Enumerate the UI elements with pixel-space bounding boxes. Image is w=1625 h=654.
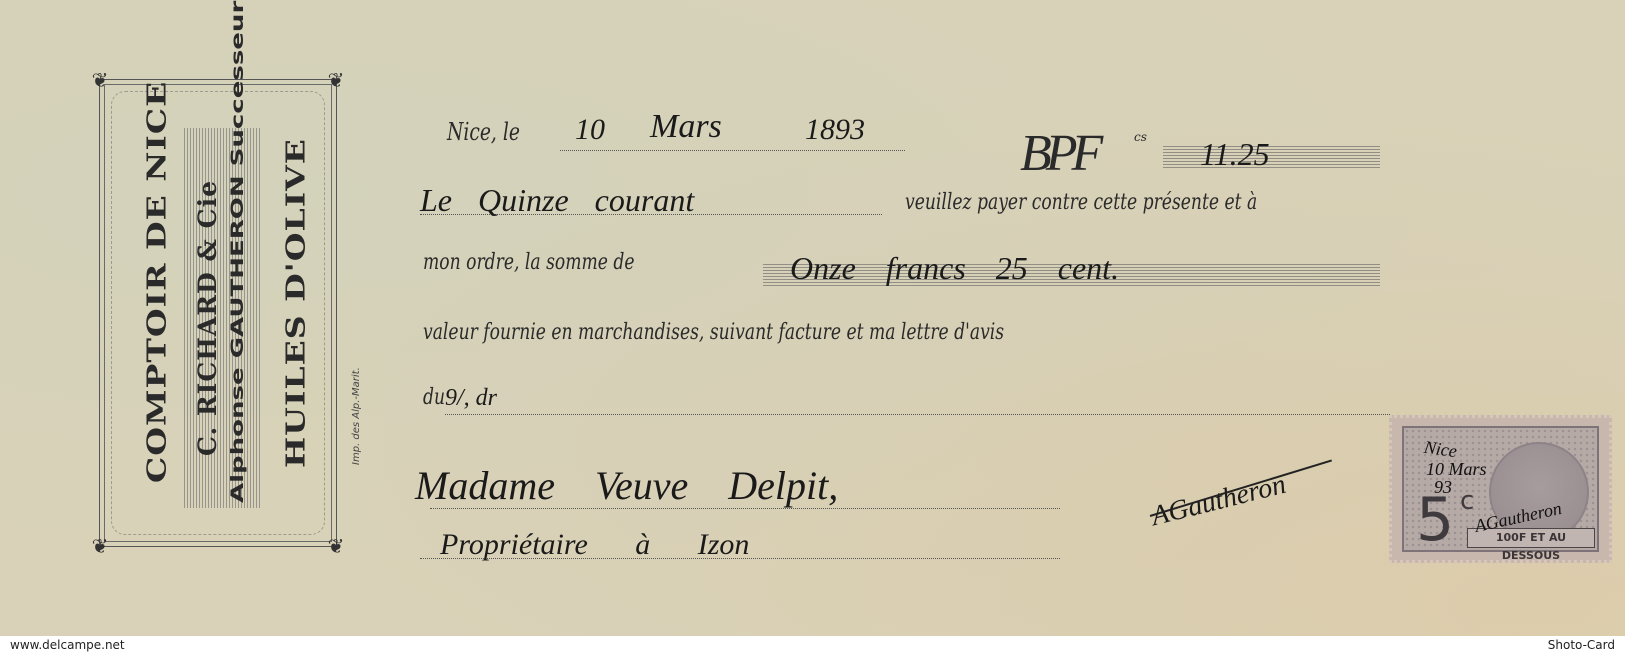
due-date: Le Quinze courant (420, 182, 694, 219)
stamp-cancel-date: 10 Mars (1426, 460, 1487, 478)
date-month: Mars (650, 108, 722, 146)
fleuron-icon: ❦ (325, 535, 347, 557)
addressee-title-place: Propriétaire à Izon (440, 528, 749, 562)
date-day: 10 (575, 113, 605, 147)
date-rule (560, 150, 905, 151)
stamp-engraved-field: 5 c 100F ET AU DESSOUS Nice 10 Mars 93 A… (1402, 426, 1599, 552)
fiscal-stamp: 5 c 100F ET AU DESSOUS Nice 10 Mars 93 A… (1389, 415, 1612, 563)
watermark-right: Shoto-Card (1548, 636, 1615, 654)
fleuron-icon: ❦ (89, 535, 111, 557)
addressee-name: Madame Veuve Delpit, (415, 462, 838, 509)
bpf-francs-abbrev: cs (1134, 130, 1147, 144)
amount-hatched-field (1163, 146, 1380, 168)
letterhead-cartouche: ❦ ❦ ❦ ❦ COMPTOIR DE NICE C. RICHARD & Ci… (93, 73, 343, 553)
successor-name: Alphonse GAUTHERON Successeur (228, 133, 248, 503)
place-label: Nice, le (447, 118, 520, 146)
date-year: 1893 (805, 113, 865, 147)
watermark-left: www.delcampe.net (10, 636, 125, 654)
company-title: COMPTOIR DE NICE (141, 143, 172, 483)
instruction-line-3: valeur fournie en marchandises, suivant … (423, 320, 1004, 345)
firm-name: C. RICHARD & Cie (193, 143, 222, 493)
printer-imprint: Imp. des Alp.-Marit. (351, 345, 362, 465)
stamp-value-unit: c (1460, 486, 1474, 516)
fleuron-icon: ❦ (325, 69, 347, 91)
stamp-cancel-place: Nice (1423, 438, 1458, 460)
stamp-cancel-year: 93 (1434, 478, 1452, 496)
product-title: HUILES D'OLIVE (280, 168, 311, 468)
instruction-line-4: du (423, 385, 445, 410)
bpf-monogram: BPF (1020, 124, 1097, 183)
reference-rule (445, 414, 1390, 415)
advice-letter-reference: 9/, dr (445, 385, 497, 412)
amount-in-words: Onze francs 25 cent. (790, 250, 1119, 287)
instruction-line-2: mon ordre, la somme de (423, 250, 635, 275)
bill-of-exchange: ❦ ❦ ❦ ❦ COMPTOIR DE NICE C. RICHARD & Ci… (0, 0, 1625, 636)
amount-figures: 11.25 (1200, 136, 1270, 173)
instruction-line-1: veuillez payer contre cette présente et … (905, 190, 1257, 215)
fleuron-icon: ❦ (89, 69, 111, 91)
stamp-value: 5 (1416, 490, 1454, 550)
